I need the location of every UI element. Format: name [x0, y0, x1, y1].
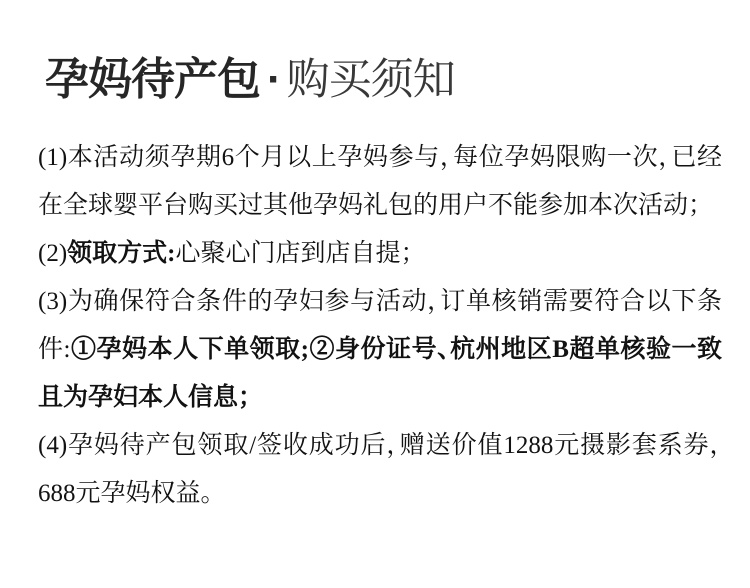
notice-line-1: (1)本活动须孕期6个月以上孕妈参与，每位孕妈限购一次，已经	[38, 134, 722, 182]
notice-text-bold: 且为孕妇本人信息；	[38, 384, 251, 411]
notice-line-7: (4)孕妈待产包领取/签收成功后，赠送价值1288元摄影套系券，	[38, 422, 722, 470]
title-main: 孕妈待产包	[45, 55, 260, 104]
notice-text: 件:	[38, 336, 70, 363]
notice-line-8: 688元孕妈权益。	[38, 470, 722, 518]
notice-line-3: (2)领取方式:心聚心门店到店自提；	[38, 230, 722, 278]
notice-line-4: (3)为确保符合条件的孕妇参与活动，订单核销需要符合以下条	[38, 278, 722, 326]
notice-text-bold: ①孕妈本人下单领取;②身份证号、杭州地区B超单核验一致	[70, 336, 722, 363]
title-sub: 购买须知	[287, 56, 455, 104]
notice-text: (1)本活动须孕期6个月以上孕妈参与，每位孕妈限购一次，已经	[38, 144, 722, 171]
notice-line-2: 在全球婴平台购买过其他孕妈礼包的用户不能参加本次活动；	[38, 182, 722, 230]
notice-text: 在全球婴平台购买过其他孕妈礼包的用户不能参加本次活动；	[38, 192, 701, 219]
notice-text: 688元孕妈权益。	[38, 480, 213, 507]
notice-text: (4)孕妈待产包领取/签收成功后，赠送价值1288元摄影套系券，	[38, 432, 722, 459]
notice-line-5: 件:①孕妈本人下单领取;②身份证号、杭州地区B超单核验一致	[38, 326, 722, 374]
notice-body: (1)本活动须孕期6个月以上孕妈参与，每位孕妈限购一次，已经 在全球婴平台购买过…	[38, 134, 722, 518]
notice-text: (2)	[38, 240, 67, 267]
notice-text-bold: 领取方式:	[67, 240, 175, 267]
page-title: 孕妈待产包·购买须知	[45, 58, 455, 102]
notice-text: 心聚心门店到店自提；	[175, 240, 413, 267]
title-separator-dot: ·	[267, 55, 282, 104]
notice-line-6: 且为孕妇本人信息；	[38, 374, 722, 422]
maternity-package-notice-page: 孕妈待产包·购买须知 (1)本活动须孕期6个月以上孕妈参与，每位孕妈限购一次，已…	[0, 0, 750, 588]
notice-text: (3)为确保符合条件的孕妇参与活动，订单核销需要符合以下条	[38, 288, 722, 315]
